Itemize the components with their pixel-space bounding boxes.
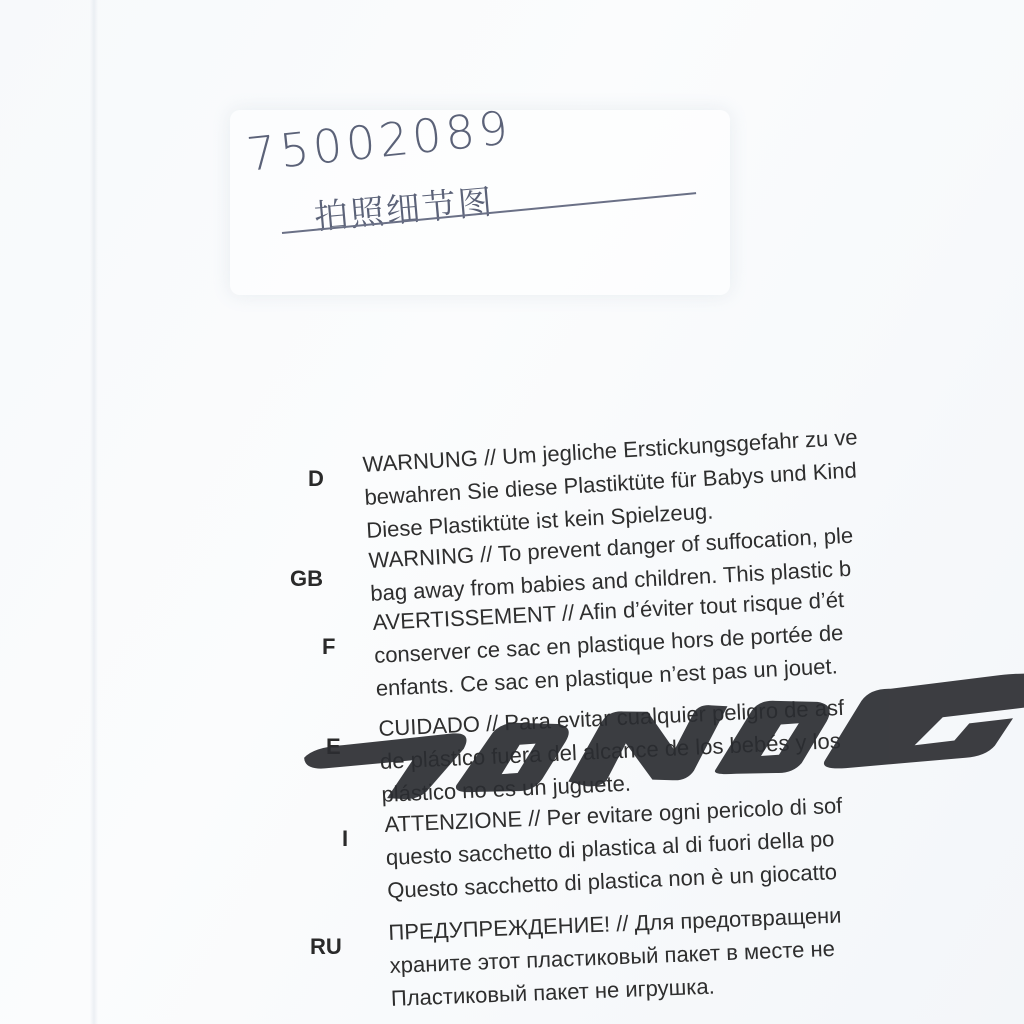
language-code-f: F — [322, 634, 335, 660]
language-code-gb: GB — [290, 566, 323, 592]
language-code-ru: RU — [310, 934, 342, 960]
language-code-d: D — [308, 466, 324, 492]
warning-paragraph-d: WARNUNG // Um jegliche Erstickungsgefahr… — [362, 402, 1024, 452]
warning-line: Пластиковый пакет не игрушка. — [391, 974, 716, 1012]
language-code-i: I — [342, 826, 348, 852]
language-code-e: E — [326, 734, 341, 760]
warning-text-block: DWARNUNG // Um jegliche Erstickungsgefah… — [0, 0, 1024, 1024]
